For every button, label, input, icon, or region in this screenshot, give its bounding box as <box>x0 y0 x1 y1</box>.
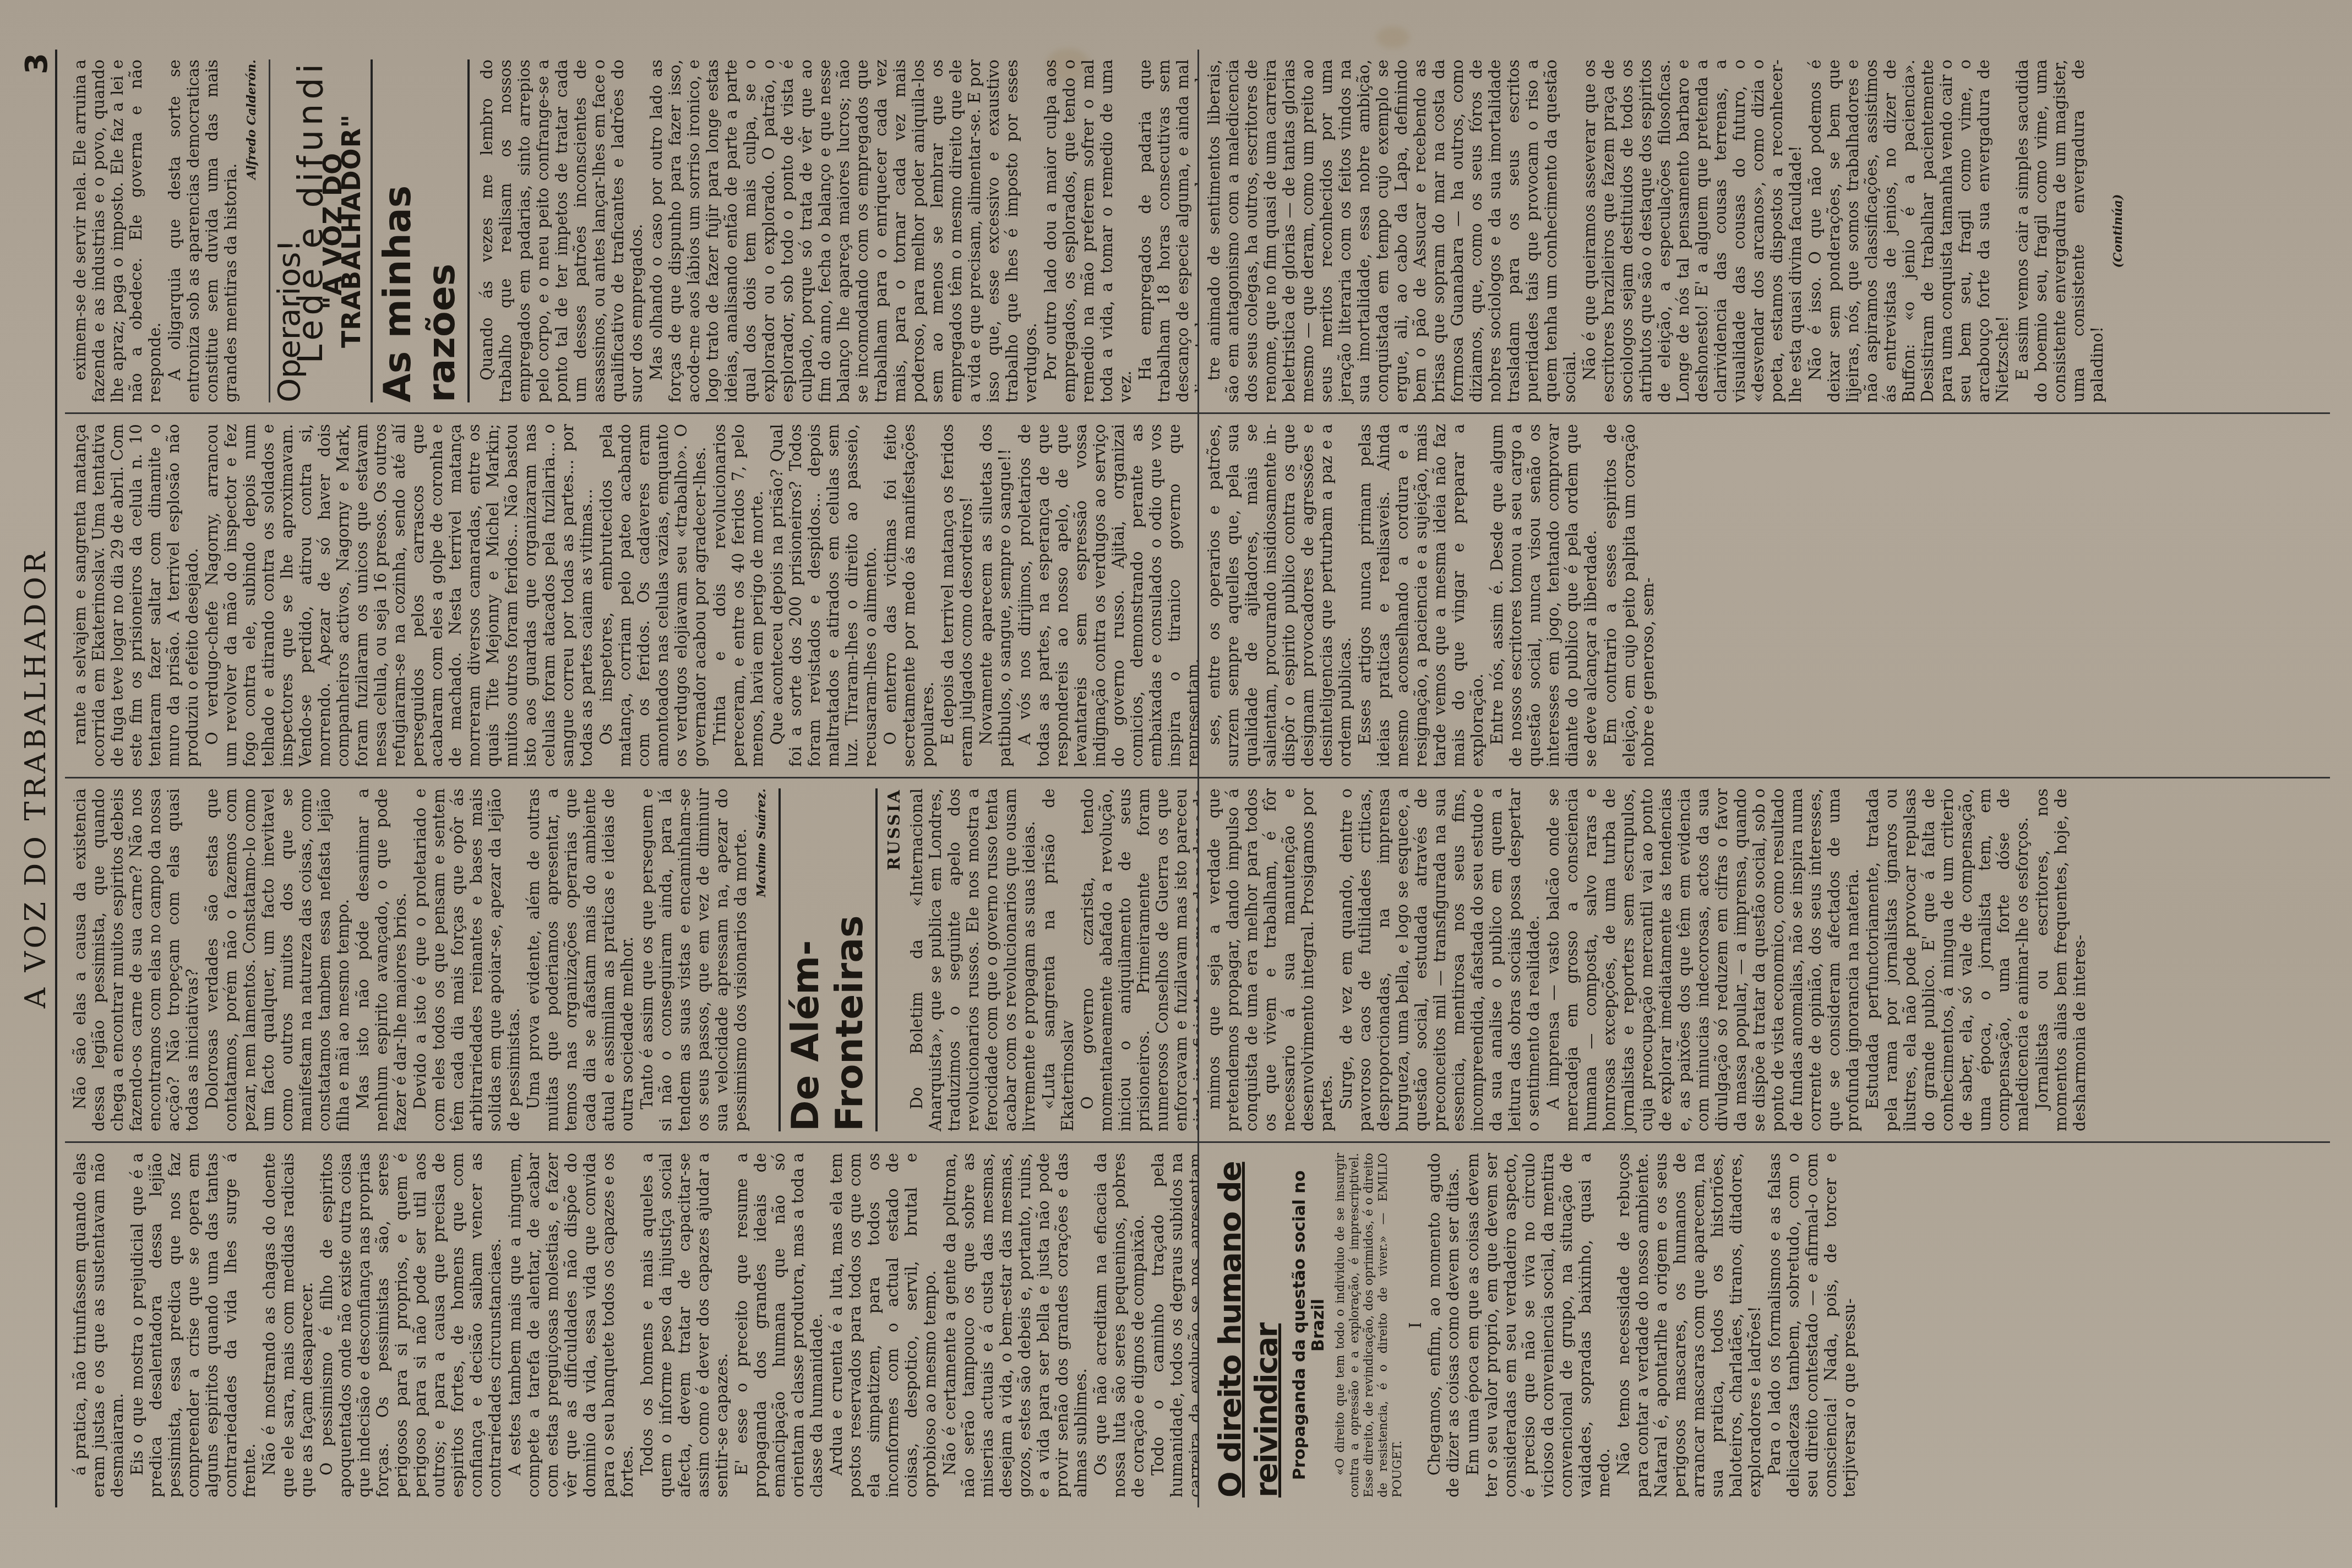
paragraph: O governo czarista, tendo momentaneament… <box>1078 788 1197 1131</box>
paragraph: Em uma época em que as coisas devem ter … <box>1463 1153 1613 1498</box>
paragraph: Não é isso. O que não podemos é deixar s… <box>1806 59 2012 402</box>
paper-stain <box>1376 26 1409 48</box>
paragraph: «Luta sangrenta na prisão de Ekaterinosl… <box>1039 788 1077 1131</box>
pessimism-article-part-1: á pratica, não triunfassem quando elas e… <box>70 1153 826 1498</box>
paragraph: Não é certamente a gente da poltrona, nã… <box>940 1153 1090 1498</box>
paragraph: ses, entre os operarios e patrões, surze… <box>1205 424 1354 767</box>
epigraph: «O direito que tem todo o individuo de s… <box>1333 1153 1405 1498</box>
paragraph: Tanto é assim que os que perseguem e si … <box>638 788 750 1131</box>
paragraph: E assim vemos cair a simples sacudida do… <box>2013 59 2106 402</box>
paragraph: E' esse o preceito que resume a propagan… <box>732 1153 826 1498</box>
paragraph: Em contrario a esses espiritos de eleiçã… <box>1601 424 1657 767</box>
paragraph: Não é que queiramos asseverar que os esc… <box>1580 59 1805 402</box>
column-grid: á pratica, não triunfassem quando elas e… <box>65 50 2330 1507</box>
paragraph: Ardua e cruenta é a luta, mas ela tem po… <box>827 1153 939 1498</box>
masthead-title: A VOZ DO TRABALHADOR <box>19 549 52 1009</box>
section-number: I <box>1406 1153 1425 1498</box>
paragraph: Entre nós, assim é. Desde que algum de n… <box>1488 424 1600 767</box>
paragraph: Mas isto não póde desanimar a nenhum esp… <box>353 788 410 1131</box>
paragraph: Jornalistas ou escritores, nos momentos … <box>2033 788 2089 1131</box>
paragraph: Não é mostrando as chagas do doente que … <box>260 1153 316 1498</box>
paragraph: O verdugo-chefe Nagorny, arrancou um rev… <box>203 424 596 767</box>
paragraph: E depois da terrivel matança os feridos … <box>938 424 976 767</box>
direito-humano-continued: mimos que seja a verdade que pretendemos… <box>1205 788 2089 1131</box>
paragraph: Não são elas a causa da existencia dessa… <box>70 788 202 1131</box>
direito-humano-body: Chegamos, enfim, ao momento agudo de diz… <box>1425 1153 1859 1498</box>
paragraph: O pessimismo é filho de espiritos apoque… <box>317 1153 504 1498</box>
paragraph: Todo o caminho traçado pela humanidade, … <box>1148 1153 1197 1498</box>
newspaper-page: A VOZ DO TRABALHADOR 3 á pratica, não tr… <box>0 0 2352 1568</box>
alem-fronteiras-continued: rante a selvajem e sangrenta matança oco… <box>70 424 1197 767</box>
article-author: Alfredo Calderón. <box>242 59 261 402</box>
pessimism-article-continued: Não são elas a causa da existencia dessa… <box>70 788 750 1131</box>
continued-note: (Continúa) <box>2109 59 2127 402</box>
paragraph: rante a selvajem e sangrenta matança oco… <box>70 424 202 767</box>
column-1-bottom: O direito humano de reivindicar Propagan… <box>1197 1143 2330 1507</box>
paragraph: á pratica, não triunfassem quando elas e… <box>70 1153 127 1498</box>
paragraph: Para o lado os formalismos e as falsas d… <box>1765 1153 1859 1498</box>
paragraph: tre animado de sentimentos liberais, são… <box>1205 59 1579 402</box>
paragraph: eximem-se de servir nela. Ele arruina a … <box>70 59 164 402</box>
article-title-direito-humano: O direito humano de reivindicar <box>1212 1153 1285 1498</box>
page-number: 3 <box>19 50 55 74</box>
paragraph: Esses artigos nunca primam pelas ideias … <box>1355 424 1487 767</box>
article-author: Maximo Suárez. <box>752 788 771 1131</box>
direito-humano-continued-3: tre animado de sentimentos liberais, são… <box>1205 59 2106 402</box>
paragraph: Do Boletim da «Internacional Anarquista»… <box>907 788 1038 1131</box>
column-3-top: rante a selvajem e sangrenta matança oco… <box>65 414 1197 778</box>
article-subtitle: Propaganda da questão social no Brazil <box>1291 1153 1328 1498</box>
paragraph: Os inspetores, embrutecidos pela matança… <box>597 424 709 767</box>
paragraph: Ha empregados de padaria que trabalham 1… <box>1136 59 1197 402</box>
paragraph: Trinta e dois revolucionarios pereceram,… <box>710 424 766 767</box>
direito-humano-continued-2: ses, entre os operarios e patrões, surze… <box>1205 424 1657 767</box>
paragraph: Todos os homens e mais aqueles a quem o … <box>638 1153 731 1498</box>
column-1-top: á pratica, não triunfassem quando elas e… <box>65 1143 1197 1507</box>
paragraph: Novamente aparecem as siluetas dos patib… <box>977 424 1014 767</box>
section-label-russia: RUSSIA <box>885 788 904 1131</box>
callout-lede: Lede e difundi <box>301 59 320 402</box>
paragraph: Devido a isto é que o proletariado e com… <box>411 788 523 1131</box>
article-title-alem-fronteiras: De Além-Fronteiras <box>778 788 878 1131</box>
paragraph: Não temos necessidade de rebuços para co… <box>1614 1153 1764 1498</box>
column-3-bottom: ses, entre os operarios e patrões, surze… <box>1197 414 2330 778</box>
paragraph: Chegamos, enfim, ao momento agudo de diz… <box>1425 1153 1462 1498</box>
column-4-top: eximem-se de servir nela. Ele arruina a … <box>65 50 1197 414</box>
paragraph: Que aconteceu depois na prisão? Qual foi… <box>767 424 880 767</box>
paragraph: Os que não acreditam na eficacia da noss… <box>1091 1153 1147 1498</box>
minhas-razoes-body: Quando ás vezes me lembro do trabalho qu… <box>477 59 1197 402</box>
paragraph: Quando ás vezes me lembro do trabalho qu… <box>477 59 646 402</box>
divider <box>269 59 270 402</box>
article-title-minhas-razoes: As minhas razões <box>371 59 470 402</box>
paragraph: Eis o que mostra o prejudicial que é a p… <box>128 1153 259 1498</box>
paragraph: Mas olhando o caso por outro lado as for… <box>647 59 1040 402</box>
paragraph: Estudada perfunctoriamente, tratada pela… <box>1863 788 2032 1131</box>
column-2-top: Não são elas a causa da existencia dessa… <box>65 778 1197 1143</box>
paragraph: Dolorosas verdades são estas que contata… <box>203 788 352 1131</box>
paragraph: A imprensa — vasto balcão onde se mercad… <box>1544 788 1862 1131</box>
paragraph: A vós nos dirijimos, proletarios de toda… <box>1015 424 1197 767</box>
paragraph: A oligarquia que desta sorte se entroniz… <box>165 59 240 402</box>
burgues-article-continued: eximem-se de servir nela. Ele arruina a … <box>70 59 240 402</box>
paragraph: Por outro lado dou a maior culpa aos emp… <box>1041 59 1135 402</box>
paragraph: Surge, de vez em quando, dentre o pavoro… <box>1337 788 1543 1131</box>
pessimism-article-part-2: Ardua e cruenta é a luta, mas ela tem po… <box>827 1153 1197 1498</box>
alem-fronteiras-body: Do Boletim da «Internacional Anarquista»… <box>907 788 1197 1131</box>
paragraph: mimos que seja a verdade que pretendemos… <box>1205 788 1336 1131</box>
column-4-bottom: tre animado de sentimentos liberais, são… <box>1197 50 2330 414</box>
paragraph: O enterro das victimas foi feito secreta… <box>881 424 937 767</box>
column-2-bottom: mimos que seja a verdade que pretendemos… <box>1197 778 2330 1143</box>
paragraph: Uma prova evidente, além de outras muita… <box>524 788 636 1131</box>
paragraph: A estes tambem mais que a ninguem, compe… <box>505 1153 636 1498</box>
masthead: A VOZ DO TRABALHADOR 3 <box>17 50 57 1507</box>
